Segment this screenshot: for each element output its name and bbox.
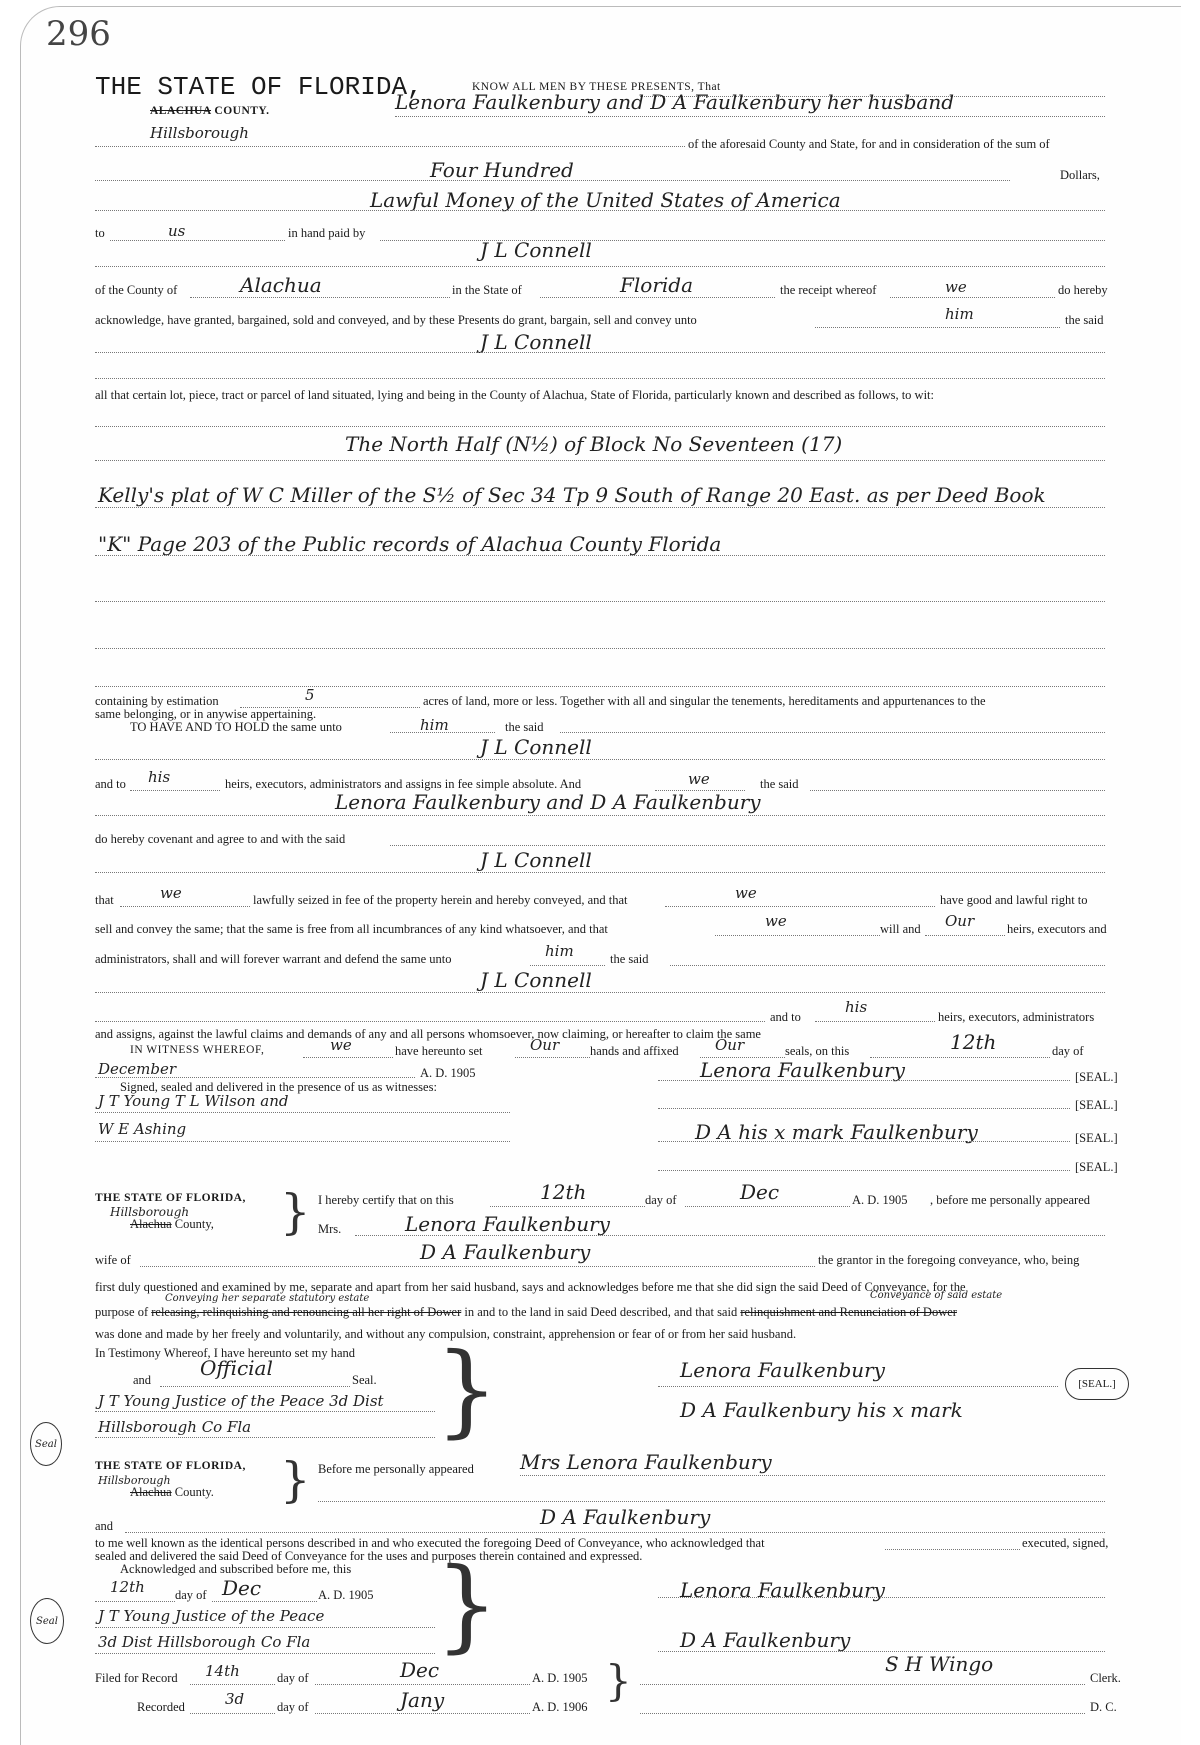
rule	[125, 1532, 1105, 1533]
rule	[95, 1437, 435, 1438]
rule	[665, 906, 935, 907]
him-hw: him	[945, 305, 974, 323]
rule	[95, 815, 1105, 816]
ack2-sig-1: Lenora Faulkenbury	[680, 1578, 885, 1602]
ack-purpose-hw: Conveying her separate statutory estate	[165, 1293, 369, 1304]
to-have-and-hold: TO HAVE AND TO HOLD the same unto	[130, 720, 342, 735]
rule	[560, 732, 1105, 733]
grantors-hw: Lenora Faulkenbury and D A Faulkenbury h…	[395, 90, 954, 114]
ack-and: and	[133, 1373, 151, 1388]
rule	[658, 1108, 1070, 1109]
rule	[658, 1080, 1070, 1081]
rule	[885, 1549, 1020, 1550]
witness-1-hw: J T Young T L Wilson and	[98, 1092, 289, 1110]
him-hw-2: him	[420, 716, 449, 734]
ack2-day-of: day of	[175, 1588, 207, 1603]
recorded-day-of: day of	[277, 1700, 309, 1715]
brace: }	[280, 1456, 311, 1504]
rule	[810, 790, 1105, 791]
rule	[95, 266, 1105, 267]
ack2-state-title: THE STATE OF FLORIDA,	[95, 1460, 246, 1472]
rule	[95, 460, 1105, 461]
boxed-seal: [SEAL.]	[1065, 1368, 1129, 1400]
heirs-exec-admin: heirs, executors, administrators	[938, 1010, 1094, 1025]
ack2-day-hw: 12th	[110, 1578, 145, 1596]
heirs-exec-and: heirs, executors and	[1007, 922, 1107, 937]
administrators-text: administrators, shall and will forever w…	[95, 952, 451, 967]
rule	[95, 1411, 435, 1412]
our-hw-2: Our	[530, 1036, 559, 1054]
ack-said-hw: Conveyance of said estate	[870, 1290, 1002, 1301]
ack2-and-hw: D A Faulkenbury	[540, 1505, 710, 1529]
brace: }	[435, 1340, 499, 1440]
we-hw-4: we	[735, 884, 757, 902]
amount-hw: Four Hundred	[430, 158, 574, 182]
rule	[640, 1684, 1085, 1685]
grantee-hw-5: J L Connell	[480, 968, 592, 992]
and-to-2: and to	[770, 1010, 801, 1025]
rule	[95, 1112, 510, 1113]
rule	[190, 1684, 275, 1685]
grantee-hw-3: J L Connell	[480, 735, 592, 759]
ack-officer-hw-1: J T Young Justice of the Peace 3d Dist	[98, 1392, 384, 1410]
rule	[390, 845, 1105, 846]
rule	[160, 1386, 350, 1387]
recorded-month-hw: Jany	[400, 1688, 444, 1712]
to-hw: us	[168, 222, 185, 240]
rule	[95, 210, 1105, 211]
rule	[715, 935, 880, 936]
grantee-hw-2: J L Connell	[480, 330, 592, 354]
rule	[95, 507, 1105, 508]
rule	[530, 965, 605, 966]
rule	[658, 1597, 1105, 1598]
county-hw: Alachua	[240, 273, 322, 297]
to-label: to	[95, 226, 105, 241]
ack-month-hw: Dec	[740, 1180, 779, 1204]
filed-month-hw: Dec	[400, 1658, 439, 1682]
rule	[140, 1266, 815, 1267]
in-witness: IN WITNESS WHEREOF,	[130, 1044, 264, 1056]
ack-purpose-line: purpose of releasing, relinquishing and …	[95, 1305, 957, 1320]
rule	[190, 1713, 275, 1714]
ack-wife-of: wife of	[95, 1253, 131, 1268]
we-hw-6: we	[330, 1036, 352, 1054]
rule	[212, 1601, 317, 1602]
rule	[658, 1141, 1070, 1142]
and-to: and to	[95, 777, 126, 792]
rule	[95, 759, 1105, 760]
witness-2-hw: W E Ashing	[98, 1120, 186, 1138]
ack2-county: Alachua County.	[130, 1485, 214, 1500]
the-said: the said	[1065, 313, 1104, 328]
county-handwritten: Hillsborough	[150, 124, 249, 142]
day-of: day of	[1052, 1044, 1084, 1059]
seal-4: [SEAL.]	[1075, 1160, 1118, 1175]
we-hw-2: we	[688, 770, 710, 788]
signature-grantor-1: Lenora Faulkenbury	[700, 1058, 905, 1082]
rule	[670, 965, 1105, 966]
recorded-label: Recorded	[137, 1700, 185, 1715]
will-and: will and	[880, 922, 921, 937]
filed-day-of: day of	[277, 1671, 309, 1686]
ack2-before-me: Before me personally appeared	[318, 1462, 474, 1477]
recorded-ad: A. D. 1906	[532, 1700, 588, 1715]
rule	[95, 1021, 765, 1022]
that-label: that	[95, 893, 114, 908]
rule	[95, 601, 1105, 602]
clerk-label: Clerk.	[1090, 1671, 1121, 1686]
legal-line-2: Kelly's plat of W C Miller of the S½ of …	[98, 483, 1046, 507]
do-covenant: do hereby covenant and agree to and with…	[95, 832, 345, 847]
seals-on-this: seals, on this	[785, 1044, 849, 1059]
county-label: ALACHUA COUNTY.	[150, 105, 270, 117]
rule	[815, 327, 1060, 328]
ack-sig-2: D A Faulkenbury his x mark	[680, 1398, 963, 1422]
ack-mrs: Mrs.	[318, 1222, 341, 1237]
all-that-text: all that certain lot, piece, tract or pa…	[95, 388, 934, 403]
rule	[640, 1713, 1085, 1714]
rule	[190, 297, 450, 298]
filed-ad: A. D. 1905	[532, 1671, 588, 1686]
page-number: 296	[46, 14, 111, 54]
ack-before-me: , before me personally appeared	[930, 1193, 1090, 1208]
rule	[95, 378, 1105, 379]
rule	[95, 648, 1105, 649]
rule	[95, 352, 1105, 353]
ack2-appeared-hw: Mrs Lenora Faulkenbury	[520, 1450, 772, 1474]
do-hereby: do hereby	[1058, 283, 1108, 298]
rule	[520, 1475, 1105, 1476]
rule	[95, 1627, 435, 1628]
rule	[95, 555, 1105, 556]
ack-husband-hw: D A Faulkenbury	[420, 1240, 590, 1264]
ack-mrs-hw: Lenora Faulkenbury	[405, 1212, 610, 1236]
seal-1: [SEAL.]	[1075, 1070, 1118, 1085]
brace: }	[280, 1188, 311, 1236]
we-hw-5: we	[765, 912, 787, 930]
rule	[95, 146, 685, 147]
we-hw: we	[945, 278, 967, 296]
grantee-hw: J L Connell	[480, 238, 592, 262]
brace: }	[435, 1555, 499, 1655]
rule	[515, 1057, 590, 1058]
rule	[120, 906, 250, 907]
we-hw-3: we	[160, 884, 182, 902]
the-said-2: the said	[505, 720, 544, 735]
rule	[95, 1601, 175, 1602]
seal-2: [SEAL.]	[1075, 1098, 1118, 1113]
ack2-sig-2: D A Faulkenbury	[680, 1628, 850, 1652]
lawful-money-hw: Lawful Money of the United States of Ame…	[370, 188, 841, 212]
acres-text: acres of land, more or less. Together wi…	[423, 694, 986, 709]
rule	[490, 1206, 645, 1207]
witness-month-hw: December	[98, 1060, 176, 1078]
our-hw-3: Our	[715, 1036, 744, 1054]
ack-sig-1: Lenora Faulkenbury	[680, 1358, 885, 1382]
rule	[95, 872, 1105, 873]
ack-official-hw: Official	[200, 1356, 273, 1380]
his-hw-2: his	[845, 998, 867, 1016]
rule	[95, 1077, 415, 1078]
and-assigns: and assigns, against the lawful claims a…	[95, 1027, 761, 1042]
rule	[658, 1170, 1070, 1171]
rule	[95, 426, 1105, 427]
seal-3: [SEAL.]	[1075, 1131, 1118, 1146]
rule	[658, 1386, 1058, 1387]
rule	[95, 180, 1010, 181]
witness-day-hw: 12th	[950, 1030, 996, 1054]
filed-for-record: Filed for Record	[95, 1671, 178, 1686]
ack2-executed: executed, signed,	[1022, 1536, 1108, 1551]
rule	[658, 1651, 1105, 1652]
rule	[95, 686, 1105, 687]
acknowledge-text: acknowledge, have granted, bargained, so…	[95, 313, 697, 328]
our-hw: Our	[945, 912, 974, 930]
rule	[315, 1684, 530, 1685]
state-hw: Florida	[620, 273, 693, 297]
ack-day-of: day of	[645, 1193, 677, 1208]
of-county-of: of the County of	[95, 283, 177, 298]
brace: }	[605, 1660, 632, 1702]
his-hw: his	[148, 768, 170, 786]
ack2-ad: A. D. 1905	[318, 1588, 374, 1603]
dollars-label: Dollars,	[1060, 168, 1100, 183]
in-hand-paid-by: in hand paid by	[288, 226, 365, 241]
grantee-hw-4: J L Connell	[480, 848, 592, 872]
rule	[95, 992, 1105, 993]
grantors-short-hw: Lenora Faulkenbury and D A Faulkenbury	[335, 790, 761, 814]
acres-hw: 5	[305, 686, 315, 704]
rule	[685, 1206, 850, 1207]
legal-line-3: "K" Page 203 of the Public records of Al…	[98, 532, 721, 556]
rule	[815, 1021, 935, 1022]
rule	[540, 297, 775, 298]
rule	[95, 1141, 510, 1142]
ack-county: Alachua County,	[130, 1217, 214, 1232]
aforesaid-text: of the aforesaid County and State, for a…	[688, 137, 1050, 152]
the-said-4: the said	[610, 952, 649, 967]
rule	[355, 1235, 1105, 1236]
the-said-3: the said	[760, 777, 799, 792]
rule	[95, 1653, 435, 1654]
ack-day-hw: 12th	[540, 1180, 586, 1204]
ack-officer-hw-2: Hillsborough Co Fla	[98, 1418, 251, 1436]
recorded-day-hw: 3d	[225, 1690, 244, 1708]
rule	[110, 240, 285, 241]
receipt-whereof: the receipt whereof	[780, 283, 876, 298]
ad-1905: A. D. 1905	[420, 1066, 476, 1081]
sell-convey: sell and convey the same; that the same …	[95, 922, 608, 937]
hands-affixed: hands and affixed	[590, 1044, 679, 1059]
rule	[315, 1713, 530, 1714]
in-state-of: in the State of	[452, 283, 522, 298]
ack-certify: I hereby certify that on this	[318, 1193, 454, 1208]
rule	[318, 1501, 1105, 1502]
seal-circle-2: Seal	[30, 1598, 64, 1644]
ack2-officer-hw-1: J T Young Justice of the Peace	[98, 1607, 324, 1625]
dc-label: D. C.	[1090, 1700, 1117, 1715]
ack2-officer-hw-2: 3d Dist Hillsborough Co Fla	[98, 1633, 310, 1651]
rule	[395, 116, 1105, 117]
state-title: THE STATE OF FLORIDA,	[95, 72, 423, 102]
ack2-acknowledged: Acknowledged and subscribed before me, t…	[120, 1562, 351, 1577]
clerk-signature-hw: S H Wingo	[885, 1652, 993, 1676]
rule	[303, 1057, 393, 1058]
him-hw-3: him	[545, 942, 574, 960]
rule	[925, 935, 1005, 936]
ack2-and: and	[95, 1519, 113, 1534]
have-hereunto: have hereunto set	[395, 1044, 482, 1059]
ack-grantor-in: the grantor in the foregoing conveyance,…	[818, 1253, 1079, 1268]
ack-ad: A. D. 1905	[852, 1193, 908, 1208]
ack-seal-label: Seal.	[352, 1373, 377, 1388]
ack2-month-hw: Dec	[222, 1576, 261, 1600]
ack-state-title: THE STATE OF FLORIDA,	[95, 1192, 246, 1204]
lawfully-seized: lawfully seized in fee of the property h…	[253, 893, 628, 908]
rule	[130, 790, 220, 791]
filed-day-hw: 14th	[205, 1662, 240, 1680]
seal-circle: Seal	[30, 1422, 62, 1466]
have-good: have good and lawful right to	[940, 893, 1088, 908]
legal-line-1: The North Half (N½) of Block No Seventee…	[345, 432, 842, 456]
rule	[890, 297, 1055, 298]
